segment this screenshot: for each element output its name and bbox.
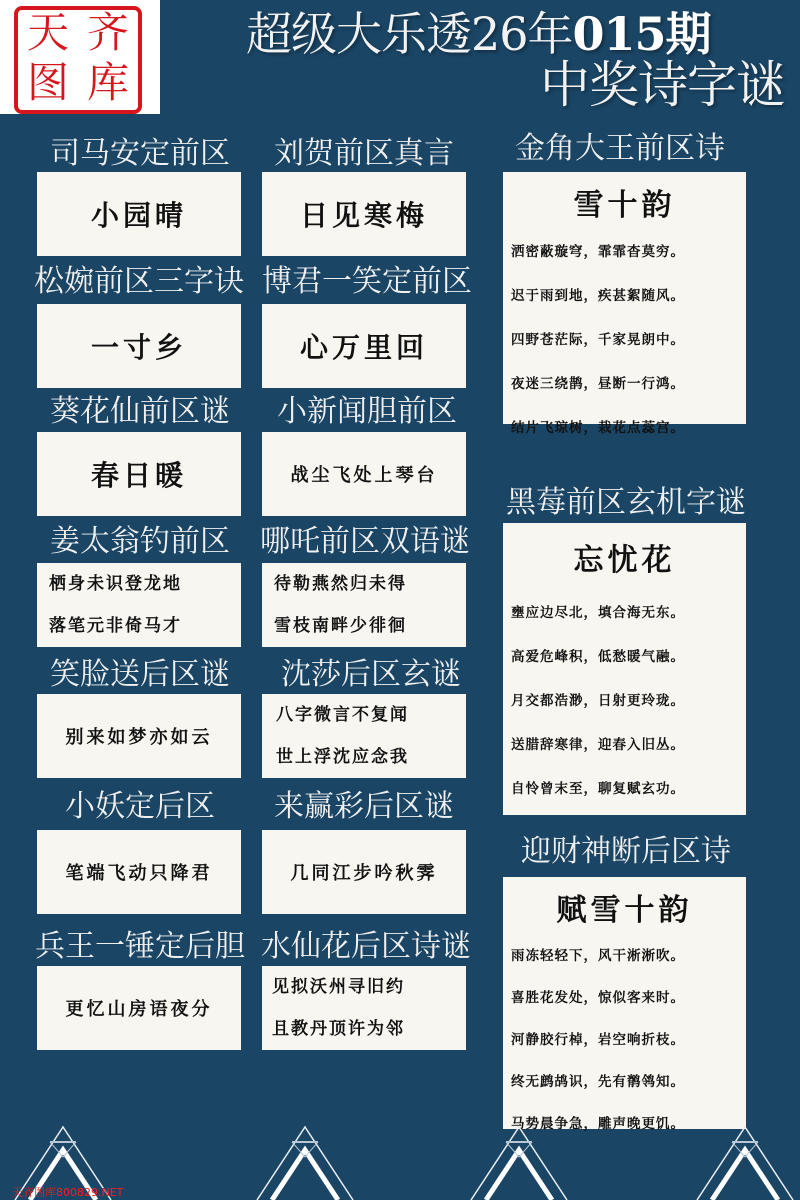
seal-char: 齐 [78, 10, 138, 60]
page-subtitle: 中奖诗字谜 [540, 58, 785, 112]
clue-text: 笔端飞动只降君 [66, 859, 213, 885]
clue-card: 栖身未识登龙地 落笔元非倚马才 [37, 563, 241, 647]
poem-card: 雪十韵 洒密蔽璇穹，霏霏杳莫穷。 迟于雨到地，疾甚絮随风。 四野苍茫际，千家晃朗… [503, 172, 746, 424]
clue-text: 一寸乡 [91, 326, 187, 366]
poem-line: 夜迷三绕鹊，昼断一行鸿。 [503, 362, 746, 406]
clue-text: 八字微言不复闻 [276, 694, 409, 736]
clue-text: 几同江步吟秋霁 [291, 859, 438, 885]
watermark: 天齐图库800829.NET [12, 1184, 123, 1200]
block-label: 姜太翁钓前区 [38, 525, 242, 559]
block-label: 博君一笑定前区 [262, 265, 472, 299]
block-label: 哪吒前区双语谜 [258, 525, 472, 559]
block-label: 司马安定前区 [38, 137, 242, 171]
poem-label: 金角大王前区诗 [502, 132, 738, 166]
poem-line: 结片飞琼树，栽花点蕊宫。 [503, 406, 746, 450]
triangle-ornament-icon [466, 1125, 576, 1200]
clue-card: 小园晴 [37, 172, 241, 256]
clue-card: 春日暖 [37, 432, 241, 516]
block-label: 松婉前区三字诀 [30, 265, 248, 299]
clue-text: 别来如梦亦如云 [66, 723, 213, 749]
clue-card: 八字微言不复闻 世上浮沈应念我 [262, 694, 466, 778]
clue-text: 且教丹顶许为邻 [272, 1008, 405, 1050]
poem-line: 自怜曾末至，聊复赋玄功。 [503, 767, 746, 811]
block-label: 笑脸送后区谜 [38, 658, 242, 692]
poem-line: 壅应边尽北，填合海无东。 [503, 591, 746, 635]
triangle-ornament-icon [252, 1125, 362, 1200]
poem-card: 赋雪十韵 雨冻轻轻下，风干淅淅吹。 喜胜花发处，惊似客来时。 河静胶行棹，岩空响… [503, 877, 746, 1129]
block-label: 葵花仙前区谜 [38, 395, 242, 429]
poem-line: 终无鹧鸪识，先有鹡鸰知。 [503, 1061, 746, 1103]
clue-text: 见拟沃州寻旧约 [272, 966, 405, 1008]
clue-card: 待勒燕然归未得 雪枝南畔少徘徊 [262, 563, 466, 647]
clue-card: 一寸乡 [37, 304, 241, 388]
poem-label: 迎财神断后区诗 [506, 835, 746, 869]
clue-card: 更忆山房语夜分 [37, 966, 241, 1050]
clue-text: 小园晴 [91, 194, 187, 234]
poem-line: 河静胶行棹，岩空响折枝。 [503, 1019, 746, 1061]
clue-text: 心万里回 [300, 326, 428, 366]
clue-card: 心万里回 [262, 304, 466, 388]
clue-text: 落笔元非倚马才 [49, 605, 182, 647]
clue-text: 待勒燕然归未得 [274, 563, 407, 605]
clue-card: 战尘飞处上琴台 [262, 432, 466, 516]
title-prefix: 超级大乐透26年 [246, 7, 573, 61]
seal-char: 图 [18, 60, 78, 110]
page-title: 超级大乐透26年015期 [246, 8, 711, 60]
poem-card: 忘忧花 壅应边尽北，填合海无东。 高爱危峰积，低愁暖气融。 月交都浩渺，日射更玲… [503, 523, 746, 815]
block-label: 兵王一锤定后胆 [34, 930, 246, 964]
poem-line: 月交都浩渺，日射更玲珑。 [503, 679, 746, 723]
clue-text: 世上浮沈应念我 [276, 736, 409, 778]
poem-line: 迟于雨到地，疾甚絮随风。 [503, 274, 746, 318]
poem-line: 洒密蔽璇穹，霏霏杳莫穷。 [503, 230, 746, 274]
poem-line: 喜胜花发处，惊似客来时。 [503, 977, 746, 1019]
clue-card: 见拟沃州寻旧约 且教丹顶许为邻 [262, 966, 466, 1050]
issue-number: 015期 [573, 7, 711, 61]
logo: 天 齐 图 库 [0, 0, 160, 114]
poem-title: 雪十韵 [503, 180, 746, 224]
poem-line: 四野苍茫际，千家晃朗中。 [503, 318, 746, 362]
seal-stamp: 天 齐 图 库 [14, 6, 142, 114]
block-label: 小妖定后区 [38, 790, 242, 824]
block-label: 小新闻胆前区 [262, 395, 472, 429]
clue-text: 雪枝南畔少徘徊 [274, 605, 407, 647]
clue-text: 日见寒梅 [300, 194, 428, 234]
clue-card: 笔端飞动只降君 [37, 830, 241, 914]
clue-text: 春日暖 [91, 454, 187, 494]
clue-card: 几同江步吟秋霁 [262, 830, 466, 914]
block-label: 刘贺前区真言 [262, 137, 466, 171]
clue-text: 战尘飞处上琴台 [291, 461, 438, 487]
poem-line: 高爱危峰积，低愁暖气融。 [503, 635, 746, 679]
seal-char: 库 [78, 60, 138, 110]
poem-line: 送腊辞寒律，迎春入旧丛。 [503, 723, 746, 767]
clue-text: 更忆山房语夜分 [66, 995, 213, 1021]
poem-title: 赋雪十韵 [503, 885, 746, 929]
triangle-ornament-icon [692, 1125, 800, 1200]
clue-card: 别来如梦亦如云 [37, 694, 241, 778]
poem-line: 雨冻轻轻下，风干淅淅吹。 [503, 935, 746, 977]
block-label: 来赢彩后区谜 [262, 790, 466, 824]
block-label: 水仙花后区诗谜 [258, 930, 474, 964]
clue-card: 日见寒梅 [262, 172, 466, 256]
poem-label: 黑莓前区玄机字谜 [506, 486, 746, 520]
seal-char: 天 [18, 10, 78, 60]
block-label: 沈莎后区玄谜 [266, 658, 476, 692]
clue-text: 栖身未识登龙地 [49, 563, 182, 605]
poem-title: 忘忧花 [503, 535, 746, 579]
